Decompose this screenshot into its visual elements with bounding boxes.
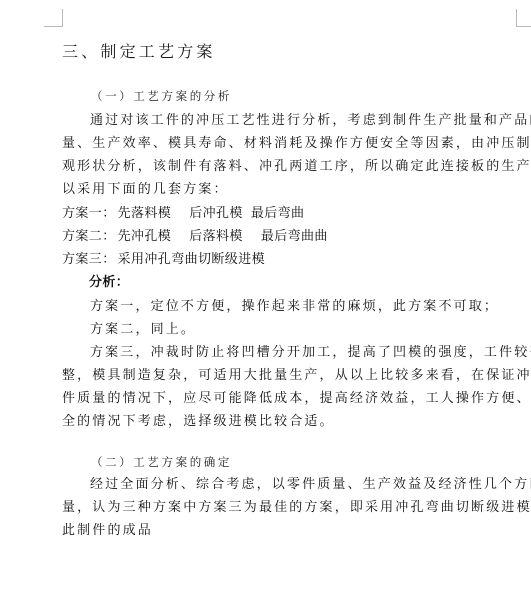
analysis-line: 方案一，定位不方便，操作起来非常的麻烦，此方案不可取； [90, 299, 499, 315]
crop-mark-left-vertical [62, 9, 63, 27]
paragraph-line: 此制件的成品 [62, 523, 153, 539]
plan-label: 方案二： [62, 229, 116, 244]
analysis-line: 方案三，冲裁时防止将凹槽分开加工，提高了凹模的强度，工件较平 [90, 345, 531, 361]
analysis-line: 全的情况下考虑，选择级进模比较合适。 [62, 414, 335, 430]
plan-item-3: 方案三：采用冲孔弯曲切断级进模 [62, 252, 265, 268]
plan-label: 方案一： [62, 206, 116, 221]
crop-mark-right-horizontal [516, 26, 531, 27]
paragraph-line: 量、生产效率、模具寿命、材料消耗及操作方便安全等因素，由冲压制件外 [62, 136, 531, 152]
paragraph-line: 量，认为三种方案中方案三为最佳的方案，即采用冲孔弯曲切断级进模完成 [62, 500, 531, 516]
plan-step: 先落料模 [118, 206, 172, 221]
subsection-heading-determination: （二）工艺方案的确定 [91, 454, 232, 470]
plan-step: 先冲孔模 [118, 229, 172, 244]
paragraph-line: 以采用下面的几套方案： [62, 182, 229, 198]
plan-step: 最后弯曲 [251, 206, 305, 221]
plan-step: 后落料模 [189, 229, 243, 244]
section-title: 三、制定工艺方案 [62, 44, 216, 60]
crop-mark-left-horizontal [44, 26, 63, 27]
plan-step: 后冲孔模 [189, 206, 243, 221]
analysis-heading: 分析： [89, 275, 129, 291]
plan-item-2: 方案二：先冲孔模后落料模最后弯曲曲 [62, 229, 328, 245]
analysis-line: 整，模具制造复杂，可适用大批量生产，从以上比较多来看，在保证冲裁 [62, 368, 531, 384]
paragraph-line: 经过全面分析、综合考虑，以零件质量、生产效益及经济性几个方面衡 [90, 477, 531, 493]
crop-mark-right-vertical [516, 9, 517, 27]
plan-label: 方案三： [62, 252, 116, 267]
paragraph-line: 通过对该工件的冲压工艺性进行分析，考虑到制件生产批量和产品的质 [90, 113, 531, 129]
paragraph-line: 观形状分析，该制件有落料、冲孔两道工序，所以确定此连接板的生产中可 [62, 159, 531, 175]
plan-item-1: 方案一：先落料模后冲孔模最后弯曲 [62, 206, 304, 222]
subsection-heading-analysis: （一）工艺方案的分析 [91, 88, 232, 104]
plan-step: 最后弯曲曲 [261, 229, 328, 244]
analysis-line: 件质量的情况下，应尽可能降低成本，提高经济效益，工人操作方便、安 [62, 391, 531, 407]
plan-step: 采用冲孔弯曲切断级进模 [118, 252, 265, 267]
analysis-line: 方案二，同上。 [90, 322, 196, 338]
